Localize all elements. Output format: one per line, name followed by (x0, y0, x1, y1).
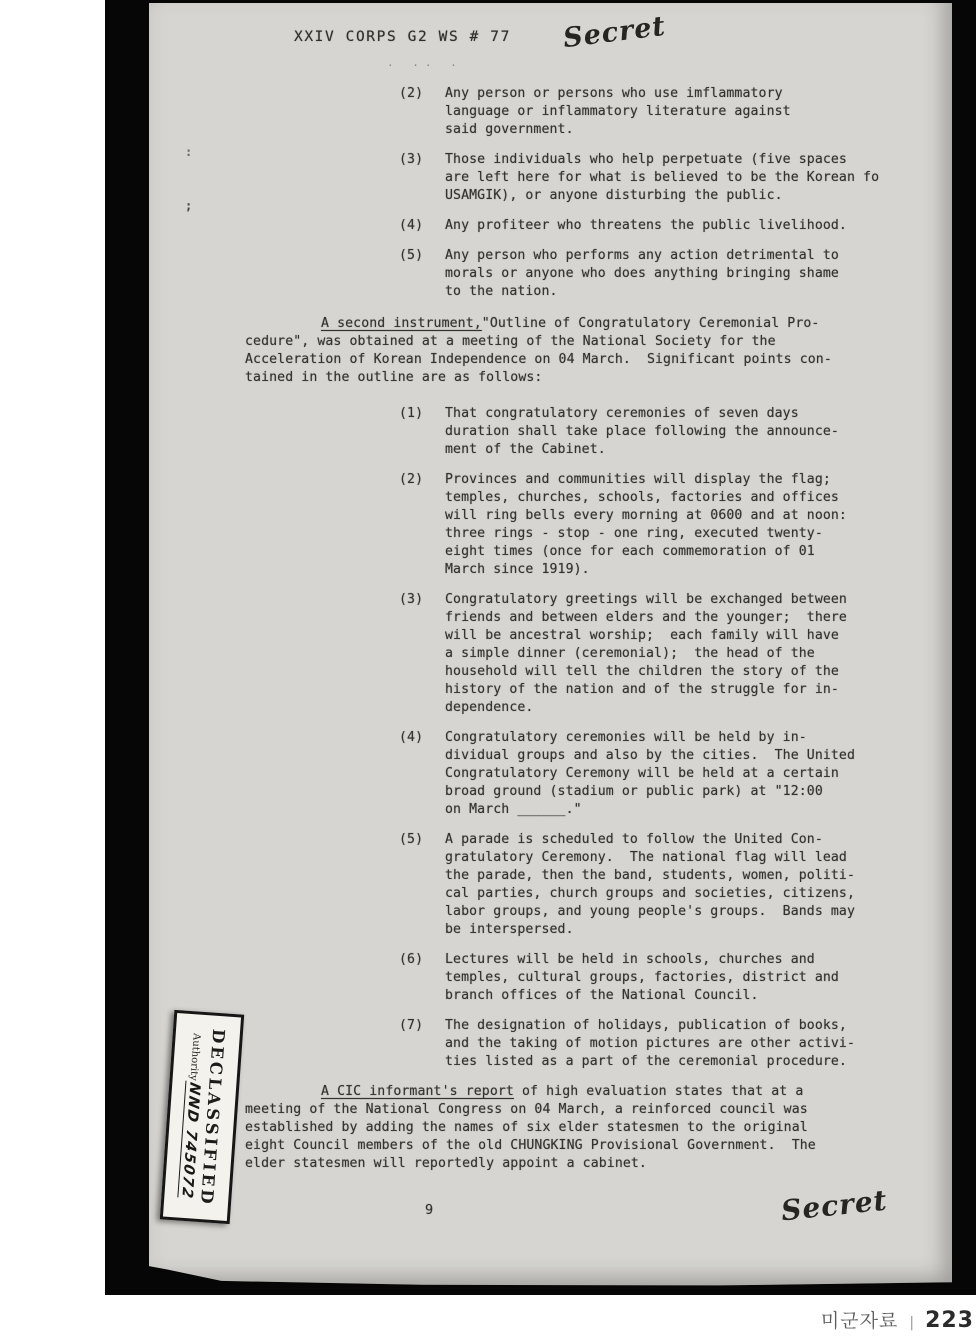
list-item: (2) Provinces and communities will displ… (399, 471, 929, 579)
page-number: 9 (425, 1201, 433, 1219)
item-number: (3) (399, 151, 445, 205)
document-page: XXIV CORPS G2 WS # 77 Secret · ·· · : ; … (149, 3, 952, 1288)
item-text: Any person or persons who use imflammato… (445, 85, 900, 139)
paragraph-cic-report: A CIC informant's report of high evaluat… (245, 1083, 905, 1173)
handwritten-secret-bottom: Secret (780, 1184, 889, 1228)
list-item: (7) The designation of holidays, publica… (399, 1017, 929, 1071)
item-text: The designation of holidays, publication… (445, 1017, 900, 1071)
document-number: XXIV CORPS G2 WS # 77 (294, 27, 511, 47)
caption-source-label: 미군자료 (821, 1306, 898, 1333)
scan-artifact-speck: ; (185, 199, 192, 213)
paragraph-first-line: A CIC informant's report of high evaluat… (245, 1083, 905, 1101)
item-text: Any profiteer who threatens the public l… (445, 217, 900, 235)
continuation-list: (2) Any person or persons who use imflam… (399, 85, 929, 313)
stamp-authority-label: Authority (188, 1033, 202, 1081)
page-header: XXIV CORPS G2 WS # 77 Secret (294, 17, 666, 48)
scan-background: XXIV CORPS G2 WS # 77 Secret · ·· · : ; … (105, 0, 976, 1295)
item-text: A parade is scheduled to follow the Unit… (445, 831, 900, 939)
book-page-caption: 미군자료 | 223 (821, 1306, 974, 1333)
item-text: Any person who performs any action detri… (445, 247, 900, 301)
item-text: Provinces and communities will display t… (445, 471, 900, 579)
item-text: Congratulatory ceremonies will be held b… (445, 729, 900, 819)
item-number: (5) (399, 247, 445, 301)
first-line-rest: "Outline of Congratulatory Ceremonial Pr… (482, 316, 820, 331)
list-item: (3) Congratulatory greetings will be exc… (399, 591, 929, 717)
item-number: (5) (399, 831, 445, 939)
underlined-lead: A CIC informant's report (321, 1084, 514, 1099)
item-text: Congratulatory greetings will be exchang… (445, 591, 900, 717)
item-number: (4) (399, 729, 445, 819)
scan-artifact-speck: : (185, 145, 192, 159)
list-item: (5) A parade is scheduled to follow the … (399, 831, 929, 939)
item-number: (2) (399, 471, 445, 579)
handwritten-secret-top: Secret (561, 11, 667, 54)
caption-page-number: 223 (925, 1308, 974, 1333)
caption-separator: | (909, 1315, 914, 1331)
item-number: (1) (399, 405, 445, 459)
item-number: (3) (399, 591, 445, 717)
declassified-stamp: DECLASSIFIED Authority NND 745072 (160, 1010, 244, 1224)
paragraph-second-instrument: A second instrument,"Outline of Congratu… (245, 315, 905, 387)
screenshot-root: { "header": { "doc_number": "XXIV CORPS … (0, 0, 976, 1336)
underlined-lead: A second instrument, (321, 316, 482, 331)
list-item: (3) Those individuals who help perpetuat… (399, 151, 929, 205)
list-item: (1) That congratulatory ceremonies of se… (399, 405, 929, 459)
item-number: (6) (399, 951, 445, 1005)
item-text: Lectures will be held in schools, church… (445, 951, 900, 1005)
list-item: (6) Lectures will be held in schools, ch… (399, 951, 929, 1005)
item-text: Those individuals who help perpetuate (f… (445, 151, 900, 205)
item-text: That congratulatory ceremonies of seven … (445, 405, 900, 459)
item-number: (2) (399, 85, 445, 139)
outline-list: (1) That congratulatory ceremonies of se… (399, 405, 929, 1083)
list-item: (2) Any person or persons who use imflam… (399, 85, 929, 139)
paragraph-continuation: meeting of the National Congress on 04 M… (245, 1101, 905, 1173)
paragraph-continuation: cedure", was obtained at a meeting of th… (245, 333, 905, 387)
item-number: (4) (399, 217, 445, 235)
list-item: (5) Any person who performs any action d… (399, 247, 929, 301)
scan-artifact-dots: · ·· · (387, 59, 463, 72)
list-item: (4) Any profiteer who threatens the publ… (399, 217, 929, 235)
first-line-rest: of high evaluation states that at a (514, 1084, 803, 1099)
list-item: (4) Congratulatory ceremonies will be he… (399, 729, 929, 819)
paragraph-first-line: A second instrument,"Outline of Congratu… (245, 315, 905, 333)
item-number: (7) (399, 1017, 445, 1071)
